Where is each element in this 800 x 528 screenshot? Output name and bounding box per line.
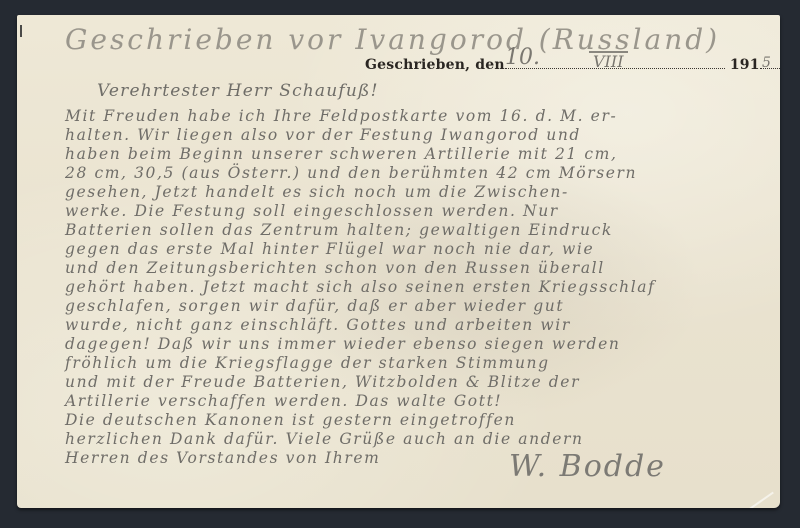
letter-line: Batterien sollen das Zentrum halten; gew… (65, 221, 613, 239)
handwritten-date-year: 5 (762, 55, 771, 71)
scan-background: Geschrieben vor Ivangorod (Russland) Ges… (0, 0, 800, 528)
letter-line: gegen das erste Mal hinter Flügel war no… (65, 240, 594, 258)
printed-year-prefix: 191 (730, 57, 760, 73)
letter-line: gehört haben. Jetzt macht sich also sein… (65, 278, 655, 296)
corner-crease (748, 492, 774, 508)
letter-line: Die deutschen Kanonen ist gestern einget… (65, 411, 516, 429)
letter-line: haben beim Beginn unserer schweren Artil… (65, 145, 618, 163)
letter-line: werke. Die Festung soll eingeschlossen w… (65, 202, 559, 220)
salutation: Verehrtester Herr Schaufuß! (97, 81, 379, 101)
letter-line: gesehen, Jetzt handelt es sich noch um d… (65, 183, 569, 201)
letter-line: Artillerie verschaffen werden. Das walte… (65, 392, 502, 410)
letter-line: und mit der Freude Batterien, Witzbolden… (65, 373, 580, 391)
postcard: Geschrieben vor Ivangorod (Russland) Ges… (17, 15, 780, 508)
letter-line: 28 cm, 30,5 (aus Österr.) und den berühm… (65, 164, 637, 182)
handwritten-date-day: 10. (505, 45, 540, 70)
letter-line: Herren des Vorstandes von Ihrem (65, 449, 380, 467)
printed-date-line: Geschrieben, den 191 (365, 57, 780, 73)
letter-line: herzlichen Dank dafür. Viele Grüße auch … (65, 430, 584, 448)
letter-line: geschlafen, sorgen wir dafür, daß er abe… (65, 297, 564, 315)
letter-line: fröhlich um die Kriegsflagge der starken… (65, 354, 550, 372)
signature: W. Bodde (509, 449, 666, 484)
letter-line: dagegen! Daß wir uns immer wieder ebenso… (65, 335, 620, 353)
letter-line: wurde, nicht ganz einschläft. Gottes und… (65, 316, 571, 334)
corner-mark (20, 25, 22, 37)
printed-label: Geschrieben, den (365, 57, 505, 73)
handwritten-date-month: VIII (589, 51, 628, 71)
letter-line: Mit Freuden habe ich Ihre Feldpostkarte … (65, 107, 617, 125)
letter-line: und den Zeitungsberichten schon von den … (65, 259, 605, 277)
letter-line: halten. Wir liegen also vor der Festung … (65, 126, 581, 144)
